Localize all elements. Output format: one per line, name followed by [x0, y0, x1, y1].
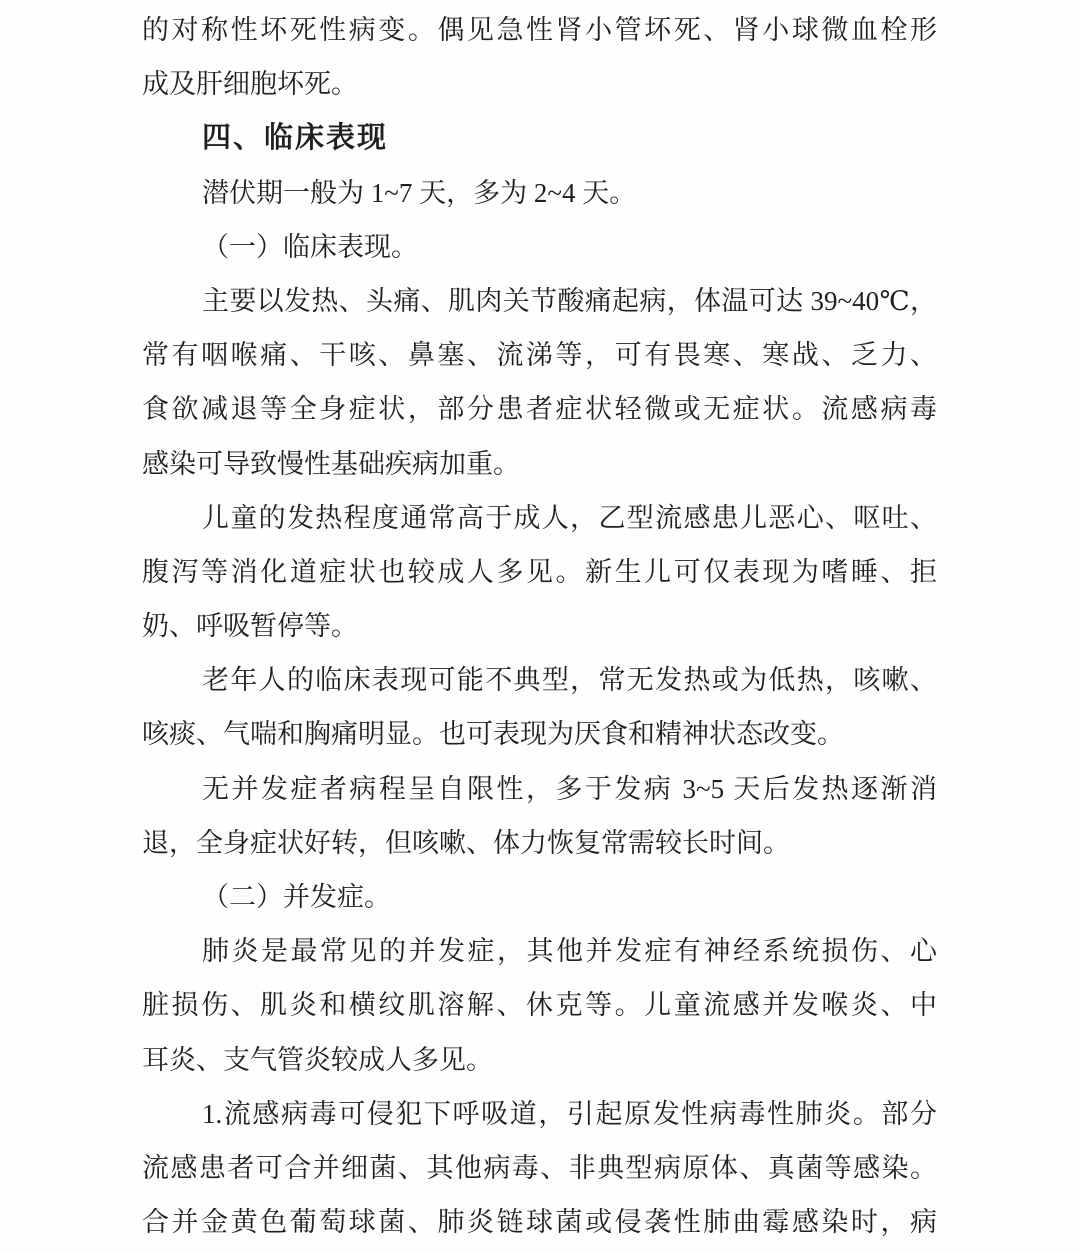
text-line: 感染可导致慢性基础疾病加重。	[142, 437, 937, 491]
text-line: 潜伏期一般为 1~7 天，多为 2~4 天。	[142, 166, 937, 220]
text-line: 成及肝细胞坏死。	[142, 57, 937, 111]
text-line: 常有咽喉痛、干咳、鼻塞、流涕等，可有畏寒、寒战、乏力、	[142, 328, 937, 382]
text-line: 无并发症者病程呈自限性，多于发病 3~5 天后发热逐渐消	[142, 762, 937, 816]
text-line: 主要以发热、头痛、肌肉关节酸痛起病，体温可达 39~40℃，	[142, 274, 937, 328]
text-line: 合并金黄色葡萄球菌、肺炎链球菌或侵袭性肺曲霉感染时，病	[142, 1195, 937, 1249]
section-heading: 四、临床表现	[142, 111, 937, 165]
subsection-heading: （二）并发症。	[142, 870, 937, 924]
text-line: 腹泻等消化道症状也较成人多见。新生儿可仅表现为嗜睡、拒	[142, 545, 937, 599]
text-line: 奶、呼吸暂停等。	[142, 599, 937, 653]
text-line: 耳炎、支气管炎较成人多见。	[142, 1033, 937, 1087]
text-line: 咳痰、气喘和胸痛明显。也可表现为厌食和精神状态改变。	[142, 707, 937, 761]
text-line: 肺炎是最常见的并发症，其他并发症有神经系统损伤、心	[142, 924, 937, 978]
text-line: 流感患者可合并细菌、其他病毒、非典型病原体、真菌等感染。	[142, 1141, 937, 1195]
text-line: 1.流感病毒可侵犯下呼吸道，引起原发性病毒性肺炎。部分	[142, 1087, 937, 1141]
text-line: 脏损伤、肌炎和横纹肌溶解、休克等。儿童流感并发喉炎、中	[142, 978, 937, 1032]
text-line: 食欲减退等全身症状，部分患者症状轻微或无症状。流感病毒	[142, 382, 937, 436]
text-line: 老年人的临床表现可能不典型，常无发热或为低热，咳嗽、	[142, 653, 937, 707]
subsection-heading: （一）临床表现。	[142, 220, 937, 274]
text-line: 儿童的发热程度通常高于成人，乙型流感患儿恶心、呕吐、	[142, 491, 937, 545]
text-line: 退，全身症状好转，但咳嗽、体力恢复常需较长时间。	[142, 816, 937, 870]
document-page: 的对称性坏死性病变。偶见急性肾小管坏死、肾小球微血栓形 成及肝细胞坏死。 四、临…	[0, 0, 1080, 1253]
text-line: 的对称性坏死性病变。偶见急性肾小管坏死、肾小球微血栓形	[142, 3, 937, 57]
